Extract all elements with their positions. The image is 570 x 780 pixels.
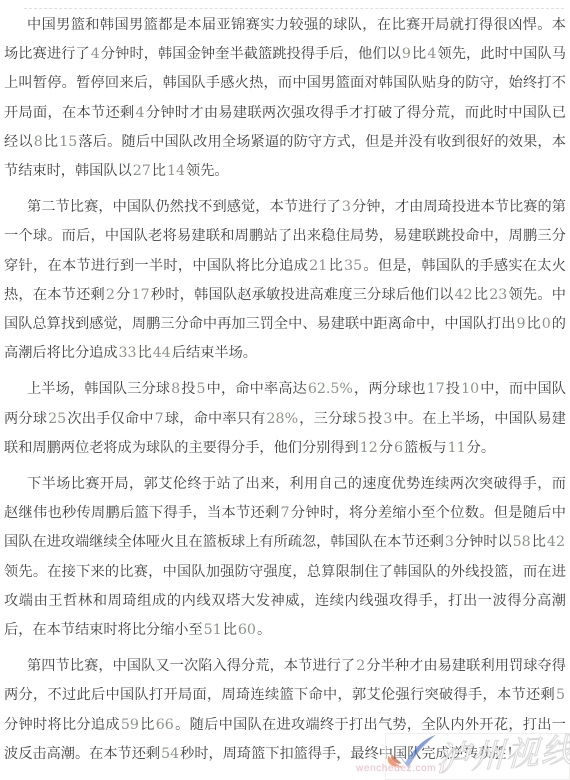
article-paragraph: 第四节比赛，中国队又一次陷入得分荒，本节进行了2分半种才由易建联利用罚球夺得两分… (4, 652, 566, 769)
article-page: 中国男篮和韩国男篮都是本届亚锦赛实力较强的球队，在比赛开局就打得很凶悍。本场比赛… (0, 0, 570, 780)
article-paragraph: 第二节比赛，中国队仍然找不到感觉，本节进行了3分钟，才由周琦投进本节比赛的第一个… (4, 193, 566, 368)
article-paragraph: 上半场，韩国队三分球8投5中，命中率高达62.5%，两分球也17投10中，而中国… (4, 375, 566, 463)
top-divider (24, 8, 564, 9)
article-paragraph: 中国男篮和韩国男篮都是本届亚锦赛实力较强的球队，在比赛开局就打得很凶悍。本场比赛… (4, 11, 566, 186)
article-body: 中国男篮和韩国男篮都是本届亚锦赛实力较强的球队，在比赛开局就打得很凶悍。本场比赛… (4, 11, 566, 769)
article-paragraph: 下半场比赛开局，郭艾伦终于站了出来，利用自己的速度优势连续两次突破得手，而赵继伟… (4, 470, 566, 645)
